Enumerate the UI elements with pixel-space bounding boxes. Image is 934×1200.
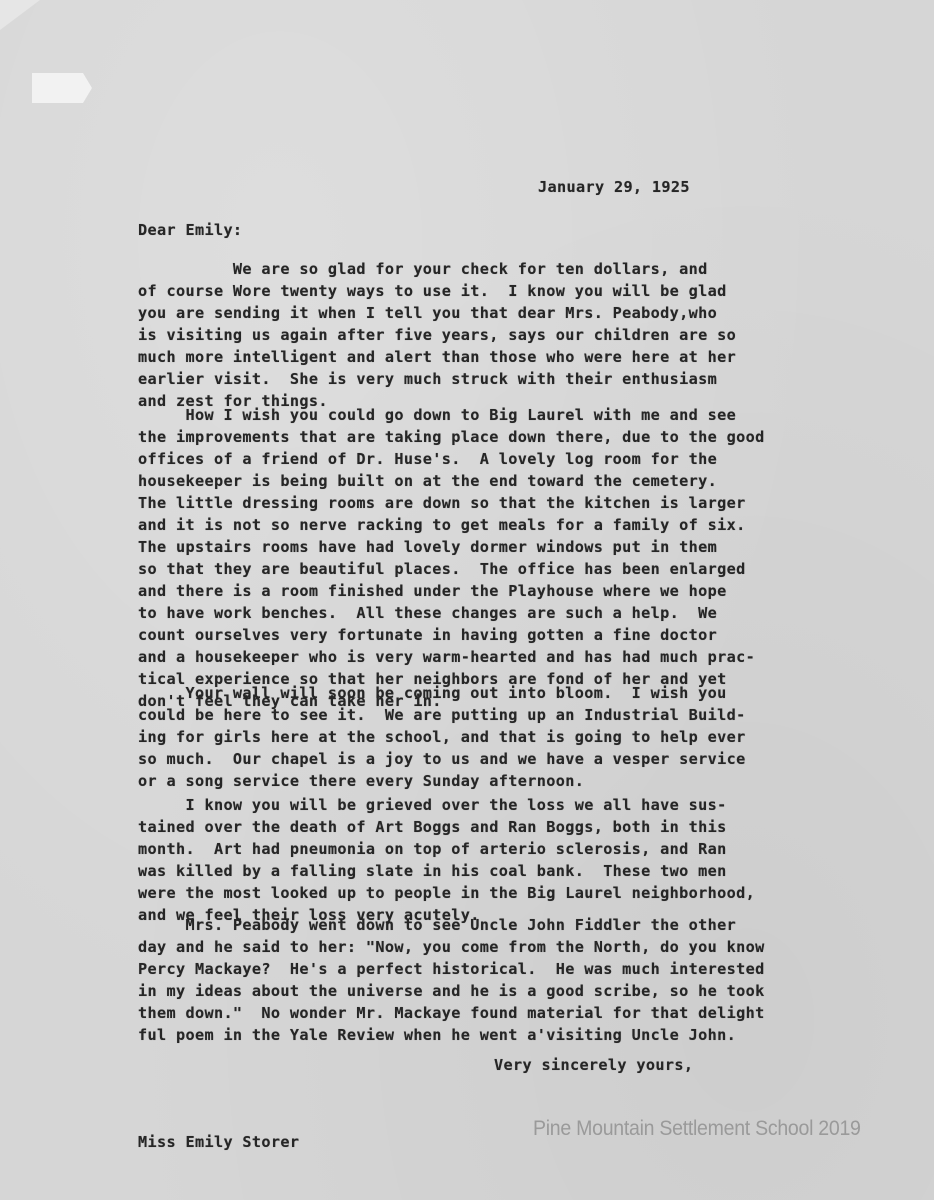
text-line: housekeeper is being built on at the end… — [138, 470, 765, 492]
text-line: ful poem in the Yale Review when he went… — [138, 1024, 765, 1046]
text-line: and there is a room finished under the P… — [138, 580, 765, 602]
salutation: Dear Emily: — [138, 219, 242, 241]
text-line: you are sending it when I tell you that … — [138, 302, 736, 324]
text-line: Percy Mackaye? He's a perfect historical… — [138, 958, 765, 980]
text-line: and a housekeeper who is very warm-heart… — [138, 646, 765, 668]
text-line: ing for girls here at the school, and th… — [138, 726, 746, 748]
text-line: earlier visit. She is very much struck w… — [138, 368, 736, 390]
text-line: We are so glad for your check for ten do… — [138, 258, 736, 280]
text-line: Mrs. Peabody went down to see Uncle John… — [138, 914, 765, 936]
recipient-name: Miss Emily Storer — [138, 1131, 299, 1153]
paragraph-3: Your wall will soon be coming out into b… — [138, 682, 746, 792]
torn-corner — [0, 0, 40, 30]
letter-date: January 29, 1925 — [538, 176, 690, 198]
text-line: count ourselves very fortunate in having… — [138, 624, 765, 646]
closing: Very sincerely yours, — [494, 1054, 693, 1076]
text-line: Your wall will soon be coming out into b… — [138, 682, 746, 704]
paragraph-5: Mrs. Peabody went down to see Uncle John… — [138, 914, 765, 1046]
text-line: so that they are beautiful places. The o… — [138, 558, 765, 580]
text-line: day and he said to her: "Now, you come f… — [138, 936, 765, 958]
text-line: of course Wore twenty ways to use it. I … — [138, 280, 736, 302]
paragraph-2: How I wish you could go down to Big Laur… — [138, 404, 765, 712]
paragraph-1: We are so glad for your check for ten do… — [138, 258, 736, 412]
text-line: them down." No wonder Mr. Mackaye found … — [138, 1002, 765, 1024]
text-line: in my ideas about the universe and he is… — [138, 980, 765, 1002]
text-line: to have work benches. All these changes … — [138, 602, 765, 624]
text-line: tained over the death of Art Boggs and R… — [138, 816, 755, 838]
tape-residue-mark — [32, 73, 92, 103]
text-line: is visiting us again after five years, s… — [138, 324, 736, 346]
text-line: I know you will be grieved over the loss… — [138, 794, 755, 816]
text-line: were the most looked up to people in the… — [138, 882, 755, 904]
text-line: month. Art had pneumonia on top of arter… — [138, 838, 755, 860]
text-line: How I wish you could go down to Big Laur… — [138, 404, 765, 426]
text-line: so much. Our chapel is a joy to us and w… — [138, 748, 746, 770]
text-line: or a song service there every Sunday aft… — [138, 770, 746, 792]
letter-page: January 29, 1925 Dear Emily: We are so g… — [0, 0, 934, 1200]
paragraph-4: I know you will be grieved over the loss… — [138, 794, 755, 926]
text-line: The little dressing rooms are down so th… — [138, 492, 765, 514]
watermark: Pine Mountain Settlement School 2019 — [533, 1117, 861, 1141]
text-line: much more intelligent and alert than tho… — [138, 346, 736, 368]
text-line: The upstairs rooms have had lovely dorme… — [138, 536, 765, 558]
text-line: and it is not so nerve racking to get me… — [138, 514, 765, 536]
text-line: the improvements that are taking place d… — [138, 426, 765, 448]
text-line: could be here to see it. We are putting … — [138, 704, 746, 726]
text-line: was killed by a falling slate in his coa… — [138, 860, 755, 882]
text-line: offices of a friend of Dr. Huse's. A lov… — [138, 448, 765, 470]
